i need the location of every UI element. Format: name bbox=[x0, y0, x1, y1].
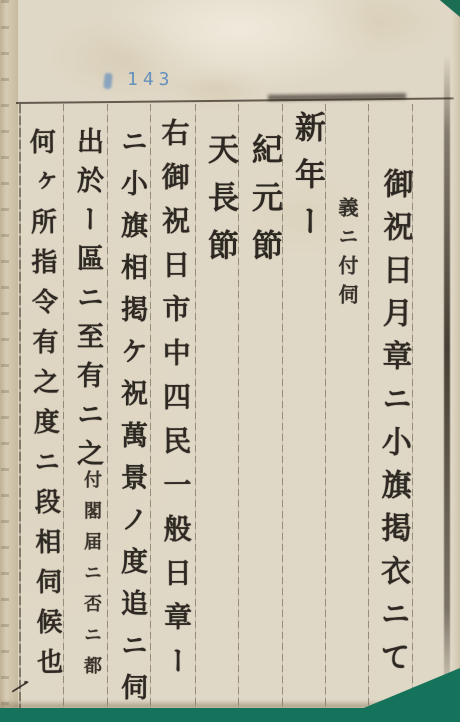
annotation-column: 義ニ付伺 bbox=[333, 197, 362, 313]
column-rule bbox=[107, 104, 108, 722]
binding-texture bbox=[1, 0, 9, 722]
calligraphy-column-7: ニ小旗相掲ケ祝萬景ノ度追ニ伺 bbox=[112, 127, 151, 715]
page-number-stamp: 143 bbox=[127, 69, 175, 90]
manuscript-photo: 143 御祝日月章ニ小旗掲衣ニて 義ニ付伺 新年ー 紀元節 天長節 右御祝日市中… bbox=[0, 0, 460, 722]
calligraphy-column-9: 何ヶ所指令有之度ニ段相伺候也 bbox=[22, 128, 67, 688]
calligraphy-column-8: 出於ー區ニ至有ニ之 bbox=[68, 127, 107, 478]
binding-edge bbox=[0, 0, 18, 722]
calligraphy-column-5: 天長節 bbox=[198, 133, 243, 277]
stamp-smudge bbox=[103, 73, 113, 90]
calligraphy-column-1: 御祝日月章ニ小旗掲衣ニて bbox=[369, 168, 417, 684]
interlinear-note: 付閣届ニ否ニ都 bbox=[78, 470, 104, 687]
calligraphy-column-3: 新年ー bbox=[285, 111, 330, 252]
calligraphy-column-4: 紀元節 bbox=[242, 133, 287, 277]
right-edge-shadow bbox=[444, 55, 450, 705]
right-page-edge bbox=[451, 0, 460, 710]
calligraphy-column-6: 右御祝日市中四民一般日章ー bbox=[154, 118, 197, 690]
column-rule bbox=[19, 104, 21, 722]
